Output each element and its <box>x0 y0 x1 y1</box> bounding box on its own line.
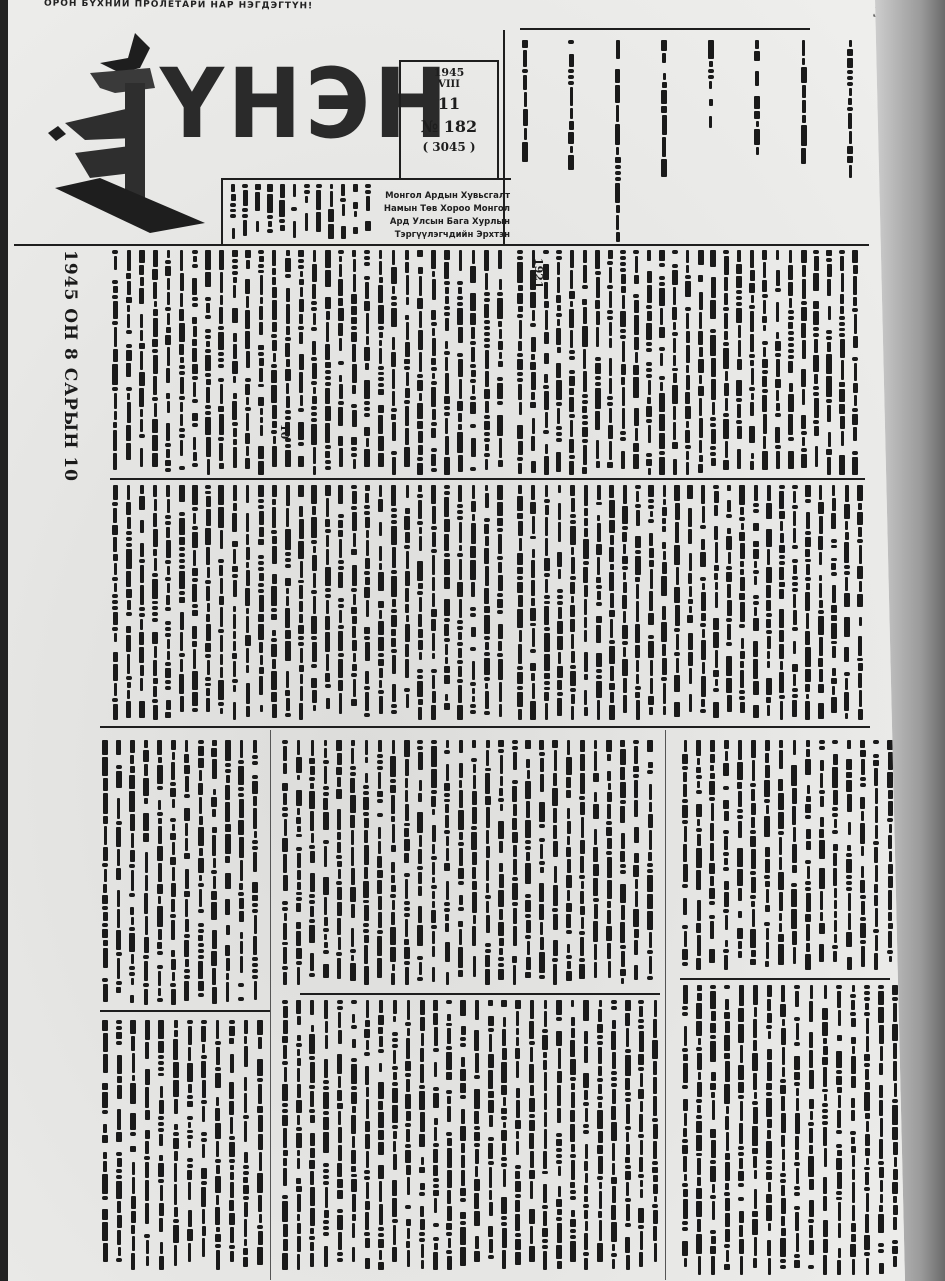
script-column <box>623 1000 633 1270</box>
script-column <box>537 740 547 985</box>
script-column <box>442 740 452 985</box>
script-column <box>735 740 745 970</box>
script-column <box>455 250 465 475</box>
script-column <box>458 1000 468 1270</box>
section-rule-1 <box>110 478 865 480</box>
text-block-col-c-bot <box>280 1000 660 1270</box>
script-column <box>283 485 293 720</box>
script-column <box>314 184 324 239</box>
script-column <box>567 250 577 475</box>
script-column <box>349 250 359 475</box>
script-column <box>751 485 761 720</box>
script-column <box>177 485 187 720</box>
script-column <box>256 250 266 475</box>
script-column <box>429 250 439 475</box>
script-column <box>223 740 233 1005</box>
script-column <box>209 740 219 1005</box>
script-column <box>442 485 452 720</box>
script-column <box>513 1000 523 1270</box>
text-block-col-b-mid <box>515 485 865 720</box>
script-column <box>336 250 346 475</box>
script-column <box>848 985 858 1275</box>
newspaper-motto: ОРОН БҮХНИЙ ПРОЛЕТАРИ НАР НЭГДЭГТҮН! <box>44 0 313 11</box>
section-rule-2 <box>100 726 870 728</box>
script-column <box>243 250 253 475</box>
script-column <box>696 250 706 475</box>
script-column <box>694 740 704 970</box>
script-column <box>417 1000 427 1270</box>
script-column <box>338 184 348 239</box>
script-column <box>594 485 604 720</box>
script-column <box>321 1000 331 1270</box>
script-column <box>289 184 299 239</box>
script-column <box>683 250 693 475</box>
script-column <box>190 485 200 720</box>
script-column <box>834 985 844 1275</box>
script-column <box>577 740 587 985</box>
script-column <box>816 485 826 720</box>
script-column <box>362 485 372 720</box>
script-column <box>593 250 603 475</box>
script-column <box>792 985 802 1275</box>
script-column <box>645 740 655 985</box>
script-column <box>296 485 306 720</box>
script-column <box>528 485 538 720</box>
script-column <box>163 485 173 720</box>
script-column <box>550 740 560 985</box>
script-column <box>241 1020 251 1270</box>
script-column <box>468 485 478 720</box>
script-column <box>523 740 533 985</box>
top-right-rule <box>520 28 810 30</box>
script-column <box>335 1000 345 1270</box>
script-column <box>199 1020 209 1270</box>
script-column <box>724 485 734 720</box>
issue-year: 1945 <box>401 66 497 79</box>
script-column <box>190 250 200 475</box>
script-column <box>799 40 809 245</box>
script-column <box>236 740 246 1005</box>
issue-total-number: ( 3045 ) <box>401 140 497 154</box>
script-column <box>362 1000 372 1270</box>
script-column <box>790 485 800 720</box>
text-block-col-c-low <box>280 740 655 985</box>
script-column <box>554 250 564 475</box>
script-column <box>707 740 717 970</box>
script-column <box>114 740 124 1005</box>
script-column <box>227 1020 237 1270</box>
script-column <box>541 250 551 475</box>
script-column <box>203 250 213 475</box>
script-column <box>760 250 770 475</box>
text-block-col-a-low <box>100 740 260 1005</box>
script-column <box>277 184 287 239</box>
script-column <box>216 485 226 720</box>
script-column <box>150 485 160 720</box>
script-column <box>302 184 312 239</box>
script-column <box>196 740 206 1005</box>
script-column <box>631 250 641 475</box>
script-column <box>786 250 796 475</box>
script-column <box>455 485 465 720</box>
script-column <box>564 740 574 985</box>
script-column <box>431 1000 441 1270</box>
script-column <box>631 740 641 985</box>
script-column <box>734 250 744 475</box>
script-column <box>429 485 439 720</box>
script-column <box>670 250 680 475</box>
script-column <box>747 250 757 475</box>
script-column <box>495 485 505 720</box>
section-rule-3 <box>100 1010 270 1012</box>
script-column <box>336 485 346 720</box>
script-column <box>803 740 813 970</box>
script-column <box>171 1020 181 1270</box>
script-column <box>127 740 137 1005</box>
script-column <box>609 1000 619 1270</box>
script-column <box>806 985 816 1275</box>
script-column <box>456 740 466 985</box>
text-block-top-right-headline <box>520 40 855 245</box>
script-column <box>388 740 398 985</box>
script-column <box>482 250 492 475</box>
script-column <box>442 250 452 475</box>
script-column <box>100 740 110 1005</box>
script-column <box>764 485 774 720</box>
script-column <box>618 740 628 985</box>
script-column <box>811 250 821 475</box>
script-column <box>376 1000 386 1270</box>
script-column <box>542 485 552 720</box>
script-column <box>349 1000 359 1270</box>
section-rule-5 <box>680 978 890 980</box>
script-column <box>595 1000 605 1270</box>
script-column <box>402 250 412 475</box>
script-column <box>128 1020 138 1270</box>
script-column <box>283 250 293 475</box>
issue-month: VIII <box>401 79 497 90</box>
text-block-col-a-bot <box>100 1020 265 1270</box>
script-column <box>142 1020 152 1270</box>
script-column <box>294 740 304 985</box>
script-column <box>326 184 336 239</box>
script-column <box>510 740 520 985</box>
script-column <box>752 40 762 245</box>
script-column <box>363 184 373 239</box>
script-column <box>150 250 160 475</box>
script-column <box>228 184 238 239</box>
script-column <box>213 1020 223 1270</box>
script-column <box>240 184 250 239</box>
column-divider-2 <box>665 730 666 1280</box>
lead-headline-date: 1945 ОН 8 САРЫН 10 <box>60 250 80 730</box>
column-divider-1 <box>270 730 271 1280</box>
script-column <box>620 485 630 720</box>
script-column <box>817 740 827 970</box>
script-column <box>402 485 412 720</box>
script-column <box>323 250 333 475</box>
script-column <box>307 740 317 985</box>
script-column <box>349 485 359 720</box>
script-column <box>778 985 788 1275</box>
script-column <box>776 740 786 970</box>
text-block-col-d-bot <box>680 985 900 1275</box>
script-column <box>243 485 253 720</box>
script-column <box>280 740 290 985</box>
script-column <box>824 250 834 475</box>
script-column <box>362 250 372 475</box>
script-column <box>389 485 399 720</box>
script-column <box>482 485 492 720</box>
script-column <box>721 250 731 475</box>
script-column <box>124 485 134 720</box>
script-column <box>137 250 147 475</box>
script-column <box>540 1000 550 1270</box>
script-column <box>618 250 628 475</box>
script-column <box>830 740 840 970</box>
script-column <box>415 740 425 985</box>
script-column <box>777 485 787 720</box>
script-column <box>750 985 760 1275</box>
issue-date-box: 1945 VIII 11 № 182 ( 3045 ) <box>399 60 499 180</box>
script-column <box>633 485 643 720</box>
publisher-text: Монгол Ардын Хувьсгалт Намын Төв Хороо М… <box>378 190 510 242</box>
script-column <box>721 740 731 970</box>
script-column <box>858 740 868 970</box>
script-column <box>269 485 279 720</box>
script-column <box>376 250 386 475</box>
script-column <box>469 740 479 985</box>
script-column <box>124 250 134 475</box>
script-column <box>722 985 732 1275</box>
text-block-pub-box-script <box>228 184 373 239</box>
script-column <box>444 1000 454 1270</box>
script-column <box>604 740 614 985</box>
script-column <box>114 1020 124 1270</box>
script-column <box>657 250 667 475</box>
issue-number: № 182 <box>401 117 497 136</box>
script-column <box>842 485 852 720</box>
script-column <box>554 1000 564 1270</box>
script-column <box>711 485 721 720</box>
section-rule-4 <box>300 993 660 995</box>
script-column <box>389 250 399 475</box>
script-column <box>361 740 371 985</box>
script-column <box>581 1000 591 1270</box>
script-column <box>555 485 565 720</box>
newspaper-page: ОРОН БҮХНИЙ ПРОЛЕТАРИ НАР НЭГДЭГТҮН! 3 Ү… <box>0 0 905 1281</box>
script-column <box>486 1000 496 1270</box>
script-column <box>230 250 240 475</box>
script-column <box>580 250 590 475</box>
script-column <box>110 485 120 720</box>
script-column <box>515 250 525 475</box>
script-column <box>855 485 865 720</box>
script-column <box>736 985 746 1275</box>
script-column <box>644 250 654 475</box>
script-column <box>748 740 758 970</box>
script-column <box>255 1020 265 1270</box>
script-column <box>708 250 718 475</box>
script-column <box>799 250 809 475</box>
script-column <box>156 1020 166 1270</box>
script-column <box>659 485 669 720</box>
masthead-divider <box>503 30 505 244</box>
script-column <box>495 250 505 475</box>
script-column <box>100 1020 110 1270</box>
script-column <box>566 40 576 245</box>
script-column <box>177 250 187 475</box>
script-column <box>845 40 855 245</box>
script-column <box>296 250 306 475</box>
script-column <box>568 1000 578 1270</box>
script-column <box>483 740 493 985</box>
text-block-col-a-mid <box>110 485 505 720</box>
script-column <box>789 740 799 970</box>
script-column <box>672 485 682 720</box>
script-column <box>591 740 601 985</box>
script-column <box>256 485 266 720</box>
script-column <box>230 485 240 720</box>
script-column <box>496 740 506 985</box>
script-column <box>309 250 319 475</box>
script-column <box>871 740 881 970</box>
script-column <box>472 1000 482 1270</box>
script-column <box>636 1000 646 1270</box>
script-column <box>876 985 886 1275</box>
script-column <box>402 740 412 985</box>
script-column <box>168 740 178 1005</box>
script-column <box>850 250 860 475</box>
script-column <box>323 485 333 720</box>
script-column <box>203 485 213 720</box>
script-column <box>280 1000 290 1270</box>
script-column <box>698 485 708 720</box>
text-block-col-d-low <box>680 740 895 970</box>
script-column <box>568 485 578 720</box>
script-column <box>375 740 385 985</box>
script-column <box>646 485 656 720</box>
script-column <box>706 40 716 245</box>
script-column <box>269 250 279 475</box>
script-column <box>527 1000 537 1270</box>
script-column <box>307 1000 317 1270</box>
script-column <box>253 184 263 239</box>
script-column <box>141 740 151 1005</box>
script-column <box>351 184 361 239</box>
script-column <box>216 250 226 475</box>
script-column <box>250 740 260 1005</box>
script-column <box>613 40 623 245</box>
script-column <box>762 740 772 970</box>
script-column <box>581 485 591 720</box>
script-column <box>182 740 192 1005</box>
issue-day: 11 <box>401 94 497 113</box>
script-column <box>650 1000 660 1270</box>
script-column <box>294 1000 304 1270</box>
script-column <box>163 250 173 475</box>
script-column <box>110 250 120 475</box>
script-column <box>185 1020 195 1270</box>
script-column <box>403 1000 413 1270</box>
script-column <box>499 1000 509 1270</box>
script-column <box>737 485 747 720</box>
script-column <box>605 250 615 475</box>
script-column <box>659 40 669 245</box>
script-column <box>862 985 872 1275</box>
script-column <box>515 485 525 720</box>
text-block-col-a-top <box>110 250 505 475</box>
script-column <box>309 485 319 720</box>
script-column <box>607 485 617 720</box>
script-column <box>429 740 439 985</box>
script-column <box>468 250 478 475</box>
script-column <box>708 985 718 1275</box>
script-column <box>764 985 774 1275</box>
script-column <box>415 250 425 475</box>
script-column <box>137 485 147 720</box>
script-column <box>680 740 690 970</box>
script-column <box>265 184 275 239</box>
script-column <box>321 740 331 985</box>
script-column <box>844 740 854 970</box>
script-column <box>334 740 344 985</box>
script-column <box>685 485 695 720</box>
script-column <box>803 485 813 720</box>
script-column <box>155 740 165 1005</box>
script-column <box>528 250 538 475</box>
script-column <box>390 1000 400 1270</box>
script-column <box>680 985 690 1275</box>
script-column <box>415 485 425 720</box>
script-column <box>694 985 704 1275</box>
script-column <box>773 250 783 475</box>
script-column <box>837 250 847 475</box>
text-block-col-b-top <box>515 250 860 475</box>
script-column <box>820 985 830 1275</box>
script-column <box>890 985 900 1275</box>
script-column <box>376 485 386 720</box>
script-column <box>520 40 530 245</box>
script-column <box>829 485 839 720</box>
script-column <box>348 740 358 985</box>
page-binding-edge <box>0 0 8 1281</box>
